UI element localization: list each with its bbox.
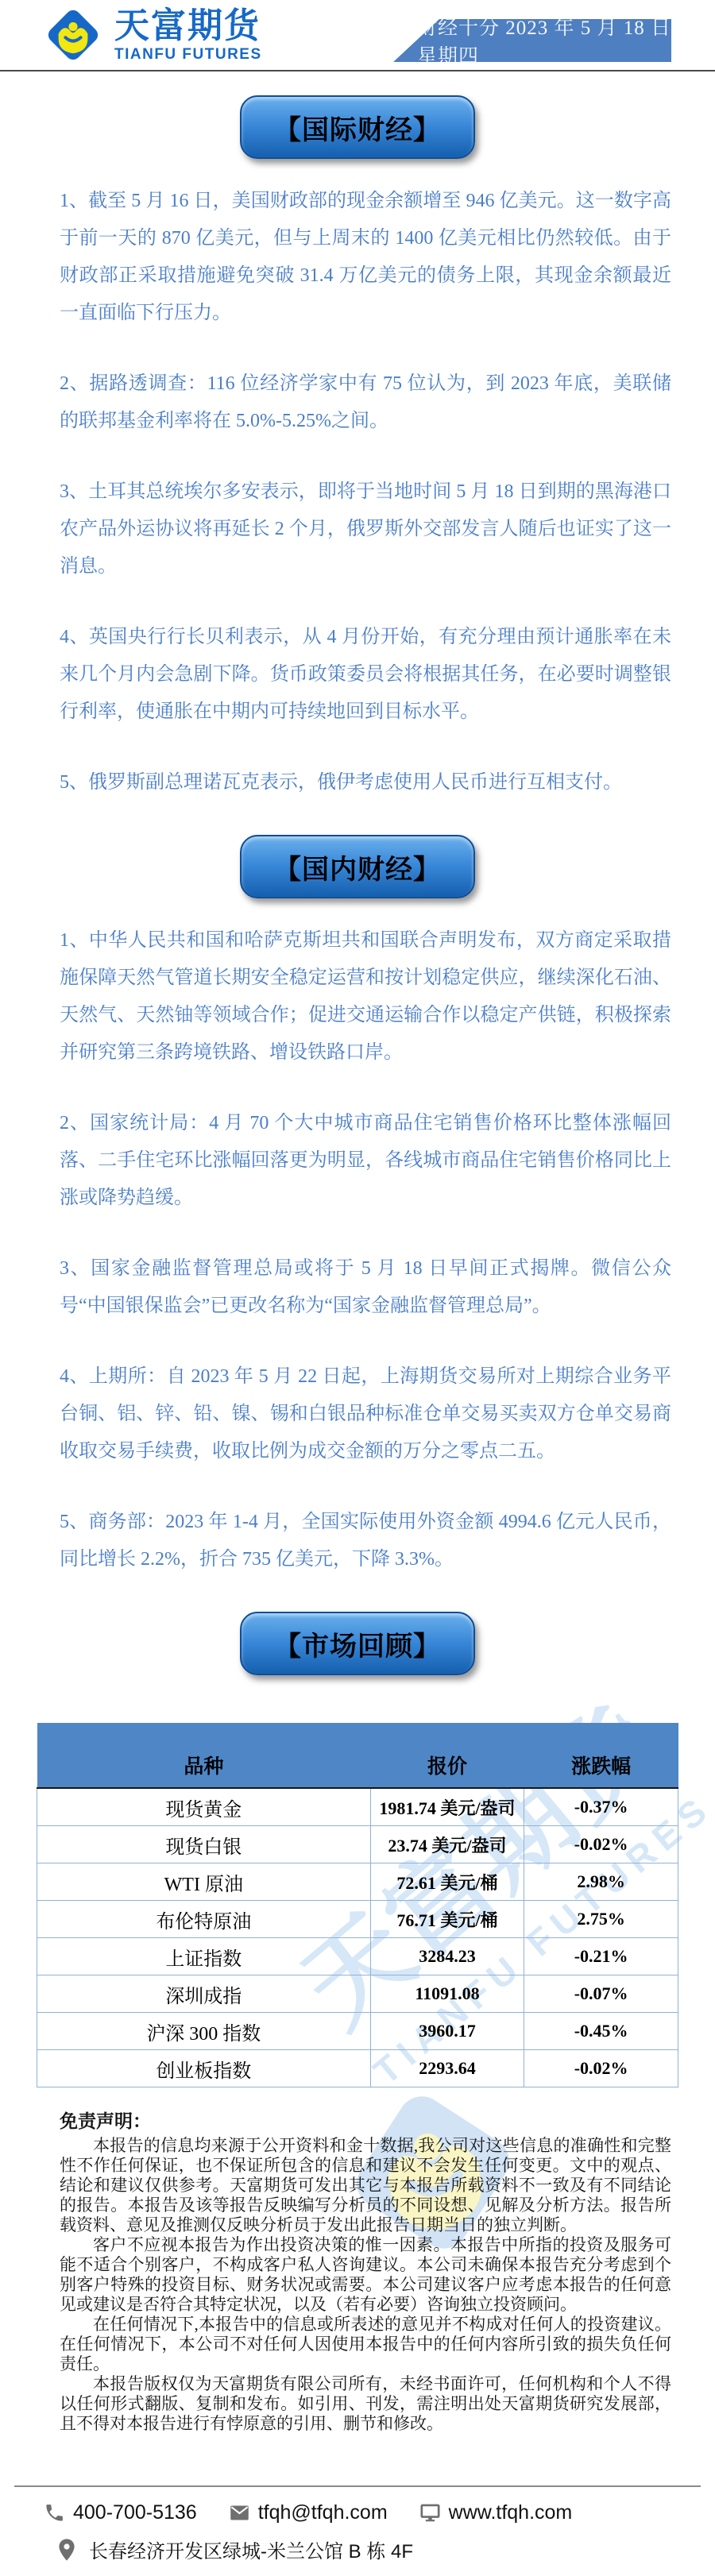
column-header-price: 报价 bbox=[370, 1723, 524, 1788]
intl-news-item-1: 1、截至 5 月 16 日，美国财政部的现金余额增至 946 亿美元。这一数字高… bbox=[60, 183, 671, 332]
table-row: 现货黄金 1981.74 美元/盎司 -0.37% bbox=[37, 1788, 678, 1826]
footer-divider bbox=[14, 2485, 701, 2487]
product-price: 23.74 美元/盎司 bbox=[370, 1826, 524, 1863]
market-review-table-wrap: 品种 报价 涨跌幅 现货黄金 1981.74 美元/盎司 -0.37% 现货白银… bbox=[37, 1723, 678, 2087]
product-price: 3284.23 bbox=[370, 1938, 524, 1975]
location-pin-icon bbox=[54, 2537, 79, 2562]
contact-row: 400-700-5136 tfqh@tfqh.com www.tfqh.com bbox=[44, 2501, 715, 2524]
page-header: 天富期货 TIANFU FUTURES 财经十分 2023 年 5 月 18 日… bbox=[0, 0, 715, 71]
phone-contact[interactable]: 400-700-5136 bbox=[44, 2501, 197, 2524]
mail-icon bbox=[229, 2502, 250, 2524]
product-price: 72.61 美元/桶 bbox=[370, 1863, 524, 1901]
email-contact[interactable]: tfqh@tfqh.com bbox=[229, 2501, 388, 2524]
table-row: 布伦特原油 76.71 美元/桶 2.75% bbox=[37, 1901, 678, 1938]
company-name-cn: 天富期货 bbox=[114, 9, 262, 44]
newsletter-page: 天富期货 TIANFU FUTURES 天富期货 TIANFU FUTURES … bbox=[0, 0, 715, 2576]
product-name: 深圳成指 bbox=[37, 1975, 371, 2013]
product-name: WTI 原油 bbox=[37, 1863, 371, 1901]
company-name: 天富期货 TIANFU FUTURES bbox=[114, 9, 262, 62]
column-header-change: 涨跌幅 bbox=[524, 1723, 678, 1788]
email-address: tfqh@tfqh.com bbox=[258, 2501, 388, 2524]
product-change: 2.75% bbox=[524, 1901, 678, 1938]
product-name: 布伦特原油 bbox=[37, 1901, 371, 1938]
disclaimer-paragraph-4: 本报告版权仅为天富期货有限公司所有，未经书面许可，任何机构和个人不得以任何形式翻… bbox=[60, 2374, 671, 2434]
section-button-international[interactable]: 【国际财经】 bbox=[240, 95, 475, 159]
product-name: 上证指数 bbox=[37, 1938, 371, 1975]
disclaimer-section: 免责声明： 本报告的信息均来源于公开资料和金十数据,我公司对这些信息的准确性和完… bbox=[60, 2111, 671, 2434]
table-header-row: 品种 报价 涨跌幅 bbox=[37, 1723, 678, 1788]
product-change: -0.37% bbox=[524, 1788, 678, 1826]
product-change: -0.02% bbox=[524, 1826, 678, 1863]
product-price: 1981.74 美元/盎司 bbox=[370, 1788, 524, 1826]
product-name: 现货白银 bbox=[37, 1826, 371, 1863]
section-button-domestic[interactable]: 【国内财经】 bbox=[240, 835, 475, 898]
newsletter-body: 【国际财经】 1、截至 5 月 16 日，美国财政部的现金余额增至 946 亿美… bbox=[0, 95, 715, 2434]
table-row: 创业板指数 2293.64 -0.02% bbox=[37, 2050, 678, 2087]
phone-icon bbox=[44, 2502, 65, 2524]
product-name: 创业板指数 bbox=[37, 2050, 371, 2087]
website-contact[interactable]: www.tfqh.com bbox=[419, 2501, 573, 2524]
product-name: 沪深 300 指数 bbox=[37, 2013, 371, 2050]
product-change: 2.98% bbox=[524, 1863, 678, 1901]
product-price: 2293.64 bbox=[370, 2050, 524, 2087]
product-price: 3960.17 bbox=[370, 2013, 524, 2050]
intl-news-item-3: 3、土耳其总统埃尔多安表示，即将于当地时间 5 月 18 日到期的黑海港口农产品… bbox=[60, 473, 671, 585]
disclaimer-title: 免责声明： bbox=[60, 2111, 671, 2131]
table-row: 沪深 300 指数 3960.17 -0.45% bbox=[37, 2013, 678, 2050]
column-header-product: 品种 bbox=[37, 1723, 371, 1788]
tianfu-logo-icon bbox=[41, 3, 105, 67]
company-name-en: TIANFU FUTURES bbox=[114, 47, 262, 62]
market-review-table: 品种 报价 涨跌幅 现货黄金 1981.74 美元/盎司 -0.37% 现货白银… bbox=[37, 1723, 678, 2087]
disclaimer-paragraph-2: 客户不应视本报告为作出投资决策的惟一因素。本报告中所指的投资及服务可能不适合个别… bbox=[60, 2235, 671, 2315]
company-logo: 天富期货 TIANFU FUTURES bbox=[41, 3, 262, 67]
monitor-icon bbox=[419, 2502, 441, 2524]
domestic-news-item-3: 3、国家金融监督管理总局或将于 5 月 18 日早间正式揭牌。微信公众号“中国银… bbox=[60, 1250, 671, 1325]
section-button-market-review[interactable]: 【市场回顾】 bbox=[240, 1612, 475, 1675]
address-row: 长春经济开发区绿城-米兰公馆 B 栋 4F bbox=[54, 2535, 715, 2563]
intl-news-item-2: 2、据路透调查：116 位经济学家中有 75 位认为，到 2023 年底，美联储… bbox=[60, 365, 671, 440]
domestic-news-item-4: 4、上期所：自 2023 年 5 月 22 日起，上海期货交易所对上期综合业务平… bbox=[60, 1358, 671, 1470]
domestic-news-item-1: 1、中华人民共和国和哈萨克斯坦共和国联合声明发布，双方商定采取措施保障天然气管道… bbox=[60, 922, 671, 1072]
disclaimer-paragraph-3: 在任何情况下,本报告中的信息或所表述的意见并不构成对任何人的投资建议。在任何情况… bbox=[60, 2315, 671, 2374]
disclaimer-paragraph-1: 本报告的信息均来源于公开资料和金十数据,我公司对这些信息的准确性和完整性不作任何… bbox=[60, 2136, 671, 2235]
intl-news-item-5: 5、俄罗斯副总理诺瓦克表示，俄伊考虑使用人民币进行互相支付。 bbox=[60, 764, 671, 801]
table-row: 现货白银 23.74 美元/盎司 -0.02% bbox=[37, 1826, 678, 1863]
table-row: 上证指数 3284.23 -0.21% bbox=[37, 1938, 678, 1975]
product-change: -0.21% bbox=[524, 1938, 678, 1975]
phone-number: 400-700-5136 bbox=[73, 2501, 197, 2524]
page-footer: 400-700-5136 tfqh@tfqh.com www.tfqh.com bbox=[0, 2485, 715, 2576]
product-change: -0.02% bbox=[524, 2050, 678, 2087]
website-url: www.tfqh.com bbox=[449, 2501, 573, 2524]
domestic-news-item-5: 5、商务部：2023 年 1-4 月，全国实际使用外资金额 4994.6 亿元人… bbox=[60, 1504, 671, 1578]
table-row: WTI 原油 72.61 美元/桶 2.98% bbox=[37, 1863, 678, 1901]
domestic-news-item-2: 2、国家统计局：4 月 70 个大中城市商品住宅销售价格环比整体涨幅回落、二手住… bbox=[60, 1105, 671, 1217]
company-address: 长春经济开发区绿城-米兰公馆 B 栋 4F bbox=[89, 2535, 413, 2563]
intl-news-item-4: 4、英国央行行长贝利表示，从 4 月份开始，有充分理由预计通胀率在未来几个月内会… bbox=[60, 619, 671, 731]
product-change: -0.07% bbox=[524, 1975, 678, 2013]
product-price: 76.71 美元/桶 bbox=[370, 1901, 524, 1938]
date-banner: 财经十分 2023 年 5 月 18 日星期四 bbox=[393, 19, 671, 62]
product-name: 现货黄金 bbox=[37, 1788, 371, 1826]
product-price: 11091.08 bbox=[370, 1975, 524, 2013]
product-change: -0.45% bbox=[524, 2013, 678, 2050]
table-row: 深圳成指 11091.08 -0.07% bbox=[37, 1975, 678, 2013]
